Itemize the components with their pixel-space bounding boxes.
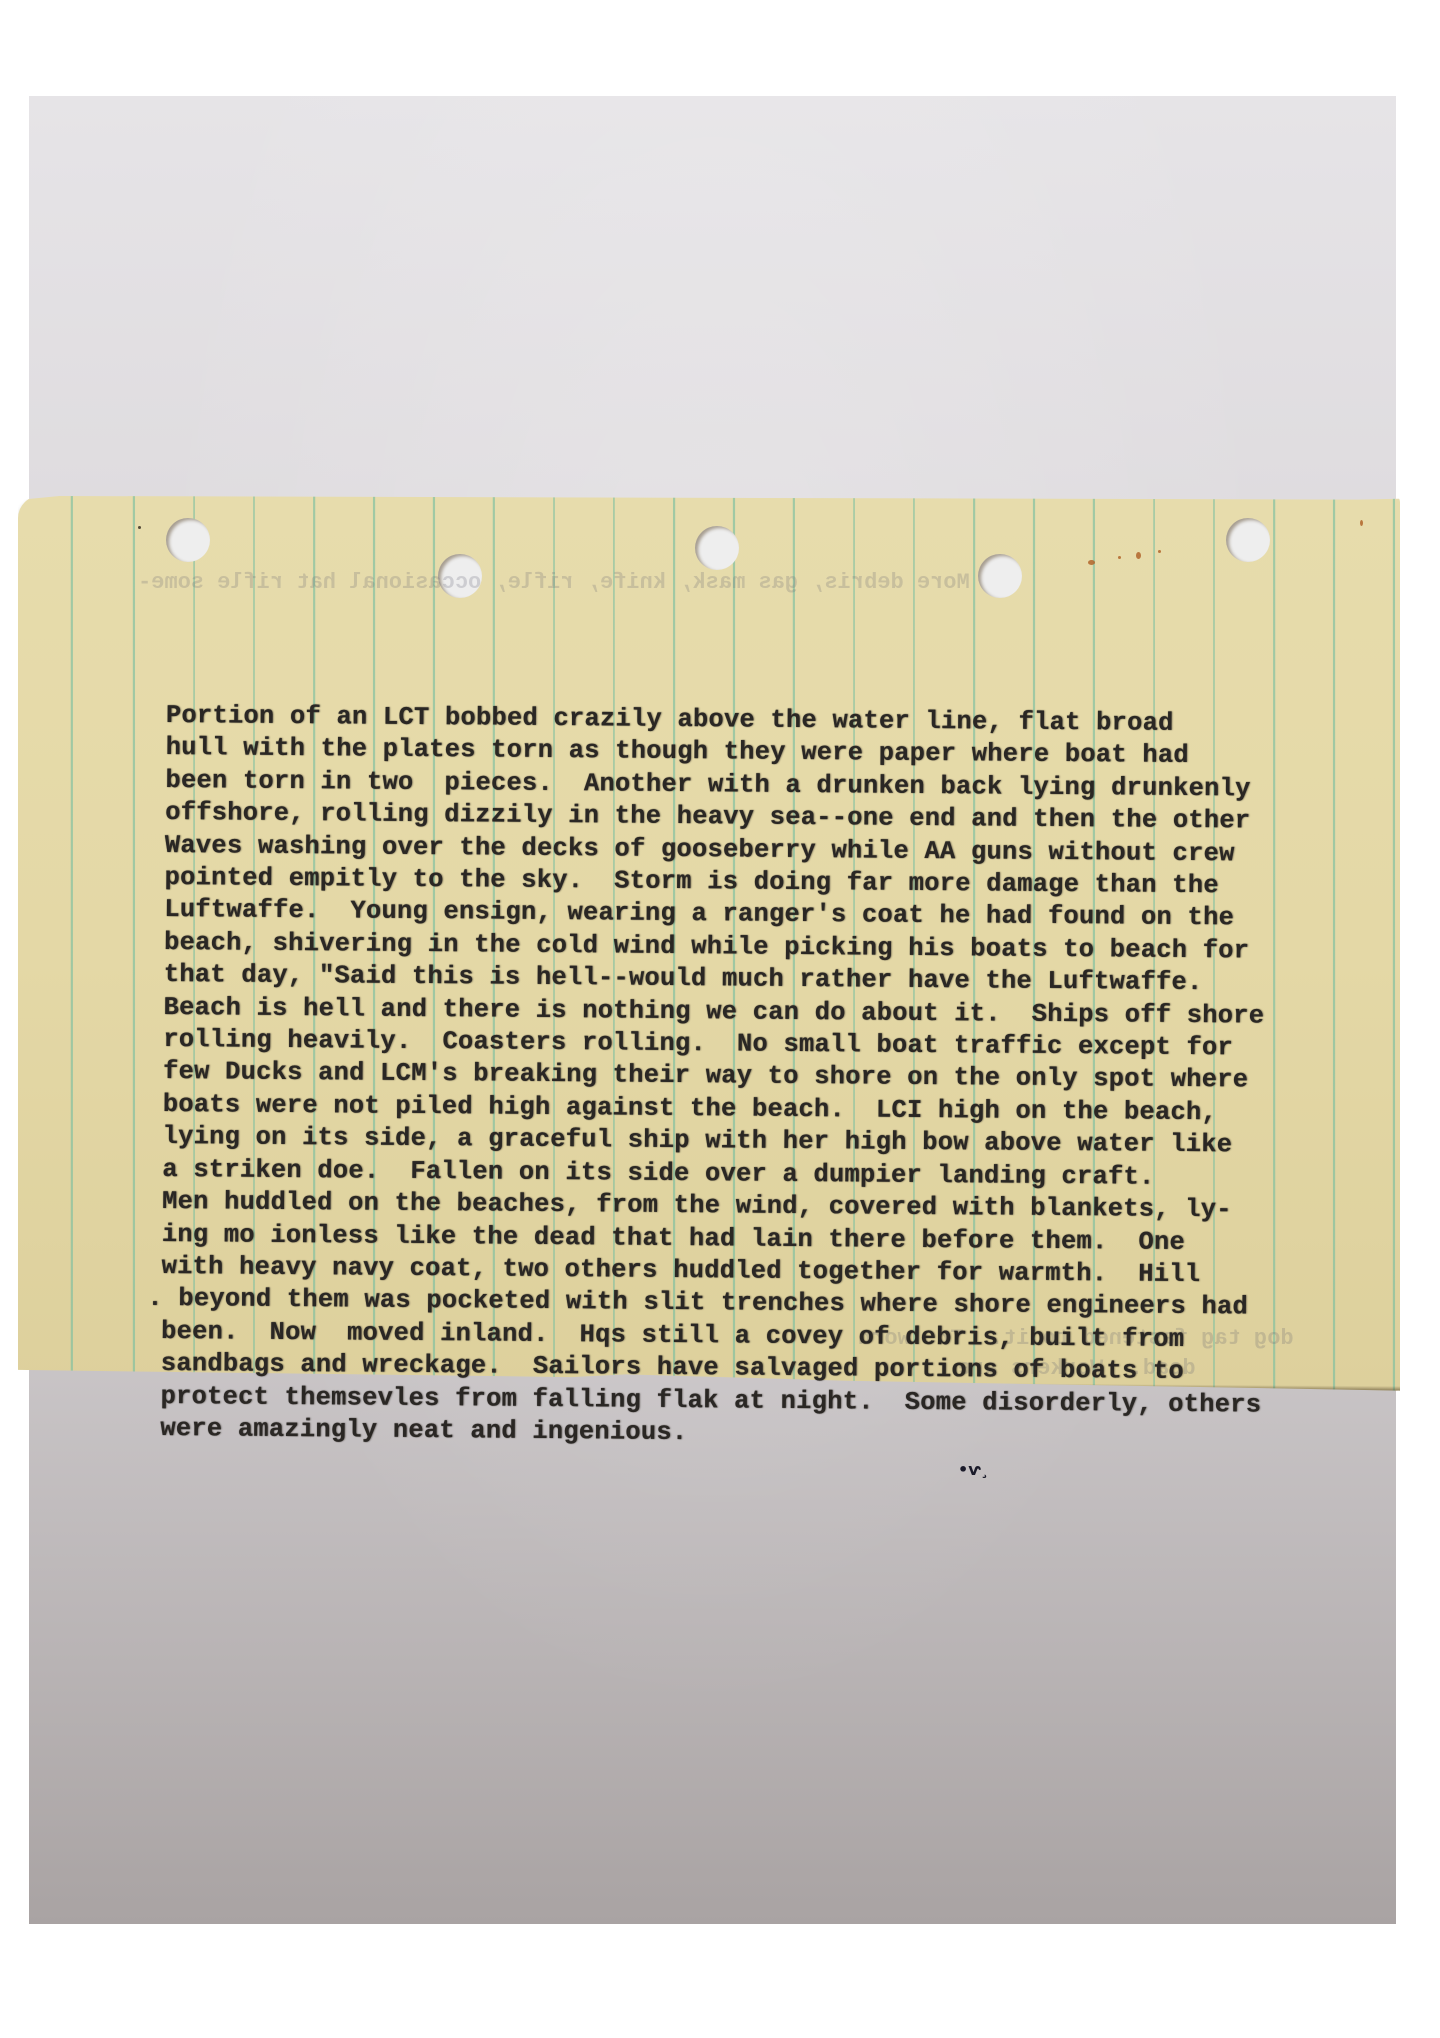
punch-hole-3 bbox=[695, 526, 739, 570]
punch-hole-4 bbox=[978, 554, 1022, 598]
ink-mark: •ⱱ¸ bbox=[958, 1460, 989, 1479]
rust-stain bbox=[1088, 560, 1095, 565]
rust-stain bbox=[1360, 520, 1363, 526]
typed-text-body: Portion of an LCT bobbed crazily above t… bbox=[160, 700, 1366, 1455]
punch-hole-1 bbox=[166, 518, 210, 562]
ink-dot bbox=[138, 526, 141, 529]
punch-hole-5 bbox=[1226, 518, 1270, 562]
bleed-through-text: More debris, gas mask, knife, rifle, occ… bbox=[138, 570, 970, 595]
rust-stain bbox=[1136, 552, 1141, 559]
rust-stain bbox=[1118, 556, 1121, 559]
rust-stain bbox=[1158, 550, 1161, 553]
